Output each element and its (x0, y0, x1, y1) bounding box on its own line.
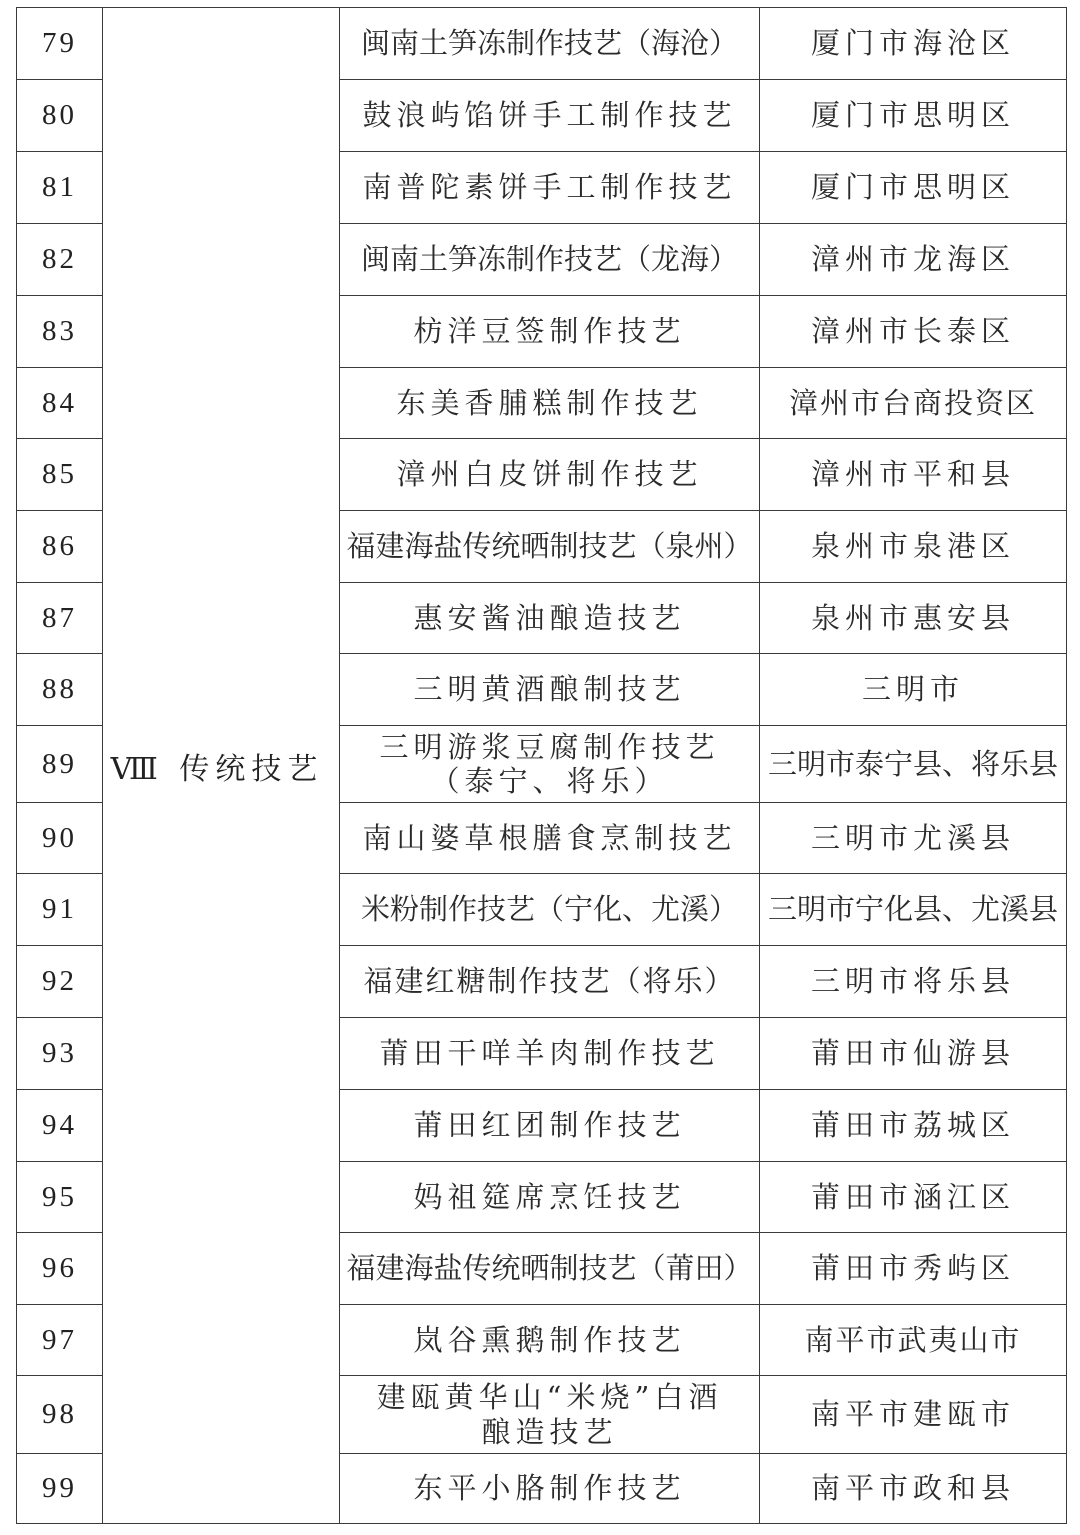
category-cell: Ⅷ 传统技艺 (103, 8, 340, 1524)
project-name: 建瓯黄华山“米烧”白酒 酿造技艺 (340, 1376, 760, 1454)
project-name: 妈祖筵席烹饪技艺 (340, 1162, 760, 1233)
applicant-location: 漳州市长泰区 (760, 296, 1067, 368)
applicant-location: 南平市政和县 (760, 1454, 1067, 1524)
row-number: 86 (17, 511, 103, 583)
project-name: 福建红糖制作技艺（将乐） (340, 946, 760, 1018)
project-name: 米粉制作技艺（宁化、尤溪） (340, 874, 760, 946)
applicant-location: 南平市武夷山市 (760, 1305, 1067, 1376)
project-name: 东平小胳制作技艺 (340, 1454, 760, 1524)
project-name: 枋洋豆签制作技艺 (340, 296, 760, 368)
row-number: 93 (17, 1018, 103, 1090)
heritage-list-table: 79 Ⅷ 传统技艺 闽南土笋冻制作技艺（海沧） 厦门市海沧区 80 鼓浪屿馅饼手… (16, 7, 1067, 1524)
row-number: 99 (17, 1454, 103, 1524)
project-name-line-1: 建瓯黄华山“米烧”白酒 (340, 1380, 759, 1414)
applicant-location: 厦门市思明区 (760, 80, 1067, 152)
row-number: 90 (17, 803, 103, 874)
applicant-location: 莆田市秀屿区 (760, 1233, 1067, 1305)
applicant-location: 莆田市涵江区 (760, 1162, 1067, 1233)
project-name: 鼓浪屿馅饼手工制作技艺 (340, 80, 760, 152)
project-name: 福建海盐传统晒制技艺（莆田） (340, 1233, 760, 1305)
applicant-location: 漳州市台商投资区 (760, 368, 1067, 439)
applicant-location: 泉州市泉港区 (760, 511, 1067, 583)
row-number: 95 (17, 1162, 103, 1233)
applicant-location: 三明市将乐县 (760, 946, 1067, 1018)
row-number: 80 (17, 80, 103, 152)
applicant-location: 泉州市惠安县 (760, 583, 1067, 654)
project-name: 漳州白皮饼制作技艺 (340, 439, 760, 511)
applicant-location: 莆田市荔城区 (760, 1090, 1067, 1162)
project-name: 莆田干咩羊肉制作技艺 (340, 1018, 760, 1090)
applicant-location: 漳州市龙海区 (760, 224, 1067, 296)
row-number: 83 (17, 296, 103, 368)
project-name-line-2: 酿造技艺 (340, 1415, 759, 1449)
row-number: 88 (17, 654, 103, 726)
row-number: 96 (17, 1233, 103, 1305)
applicant-location: 三明市 (760, 654, 1067, 726)
project-name-line-1: 三明游浆豆腐制作技艺 (340, 730, 759, 764)
applicant-location: 莆田市仙游县 (760, 1018, 1067, 1090)
project-name: 南普陀素饼手工制作技艺 (340, 152, 760, 224)
project-name: 南山婆草根膳食烹制技艺 (340, 803, 760, 874)
row-number: 84 (17, 368, 103, 439)
project-name: 莆田红团制作技艺 (340, 1090, 760, 1162)
row-number: 79 (17, 8, 103, 80)
row-number: 91 (17, 874, 103, 946)
row-number: 97 (17, 1305, 103, 1376)
row-number: 85 (17, 439, 103, 511)
project-name: 三明游浆豆腐制作技艺 （泰宁、将乐） (340, 726, 760, 803)
project-name: 闽南土笋冻制作技艺（海沧） (340, 8, 760, 80)
applicant-location: 三明市宁化县、尤溪县 (760, 874, 1067, 946)
project-name: 东美香脯糕制作技艺 (340, 368, 760, 439)
row-number: 89 (17, 726, 103, 803)
project-name: 闽南土笋冻制作技艺（龙海） (340, 224, 760, 296)
row-number: 81 (17, 152, 103, 224)
row-number: 87 (17, 583, 103, 654)
table-row: 79 Ⅷ 传统技艺 闽南土笋冻制作技艺（海沧） 厦门市海沧区 (17, 8, 1067, 80)
project-name: 岚谷熏鹅制作技艺 (340, 1305, 760, 1376)
project-name-line-2: （泰宁、将乐） (340, 764, 759, 798)
row-number: 92 (17, 946, 103, 1018)
row-number: 94 (17, 1090, 103, 1162)
project-name: 惠安酱油酿造技艺 (340, 583, 760, 654)
applicant-location: 漳州市平和县 (760, 439, 1067, 511)
project-name: 福建海盐传统晒制技艺（泉州） (340, 511, 760, 583)
applicant-location: 三明市泰宁县、将乐县 (760, 726, 1067, 803)
applicant-location: 厦门市海沧区 (760, 8, 1067, 80)
applicant-location: 厦门市思明区 (760, 152, 1067, 224)
applicant-location: 三明市尤溪县 (760, 803, 1067, 874)
applicant-location: 南平市建瓯市 (760, 1376, 1067, 1454)
row-number: 82 (17, 224, 103, 296)
row-number: 98 (17, 1376, 103, 1454)
project-name: 三明黄酒酿制技艺 (340, 654, 760, 726)
